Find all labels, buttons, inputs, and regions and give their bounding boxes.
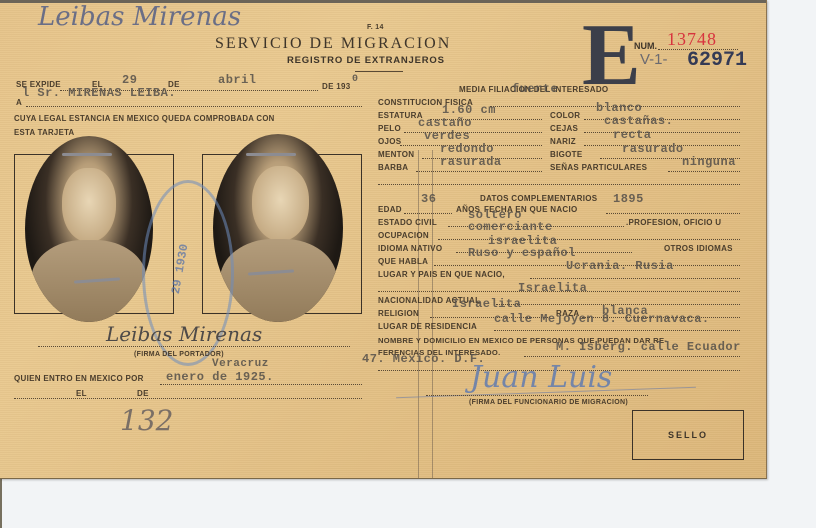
number-prefix: V-1- xyxy=(640,51,668,68)
referencias-line xyxy=(524,356,740,357)
portrait-head xyxy=(252,166,309,241)
label-profesion: .PROFESION, OFICIO U xyxy=(626,218,721,227)
holder-signature-line xyxy=(38,346,350,347)
label-estado-civil: ESTADO CIVIL xyxy=(378,218,437,227)
senas-value: ninguna xyxy=(682,155,736,169)
photo-clip-top-profile xyxy=(246,153,296,156)
label-year: DE 193 xyxy=(322,82,350,91)
document-subtitle: REGISTRO DE EXTRANJEROS xyxy=(287,55,445,66)
label-nariz: NARIZ xyxy=(550,137,576,146)
label-pelo: PELO xyxy=(378,124,401,133)
label-religion: RELIGION xyxy=(378,309,419,318)
migration-registration-card: Leibas Mirenas F. 14 SERVICIO DE MIGRACI… xyxy=(0,0,767,479)
bigote-value: rasurado xyxy=(622,142,684,156)
constitucion-value: fuerte xyxy=(512,82,558,96)
residencia-line xyxy=(494,330,740,331)
statement-line-2: ESTA TARJETA xyxy=(14,128,75,137)
handwritten-name-top: Leibas Mirenas xyxy=(38,2,241,32)
entry-port: Veracruz xyxy=(212,358,269,370)
referencias-value-a: M. Isberg. calle Ecuador xyxy=(556,340,741,354)
label-idioma-nativo: IDIOMA NATIVO xyxy=(378,244,442,253)
portrait-head xyxy=(62,168,116,242)
recipient-line xyxy=(26,106,362,107)
label-edad: EDAD xyxy=(378,205,402,214)
senas-line xyxy=(668,171,740,172)
recipient-name: l Sr. MIRENAS LEIBA. xyxy=(22,86,176,100)
statement-line-1: CUYA LEGAL ESTANCIA EN MEXICO QUEDA COMP… xyxy=(14,114,275,123)
lugar-nacio-value: Ucrania. Rusia xyxy=(566,259,674,273)
photo-clip-top-front xyxy=(62,153,112,156)
profesion-value: comerciante xyxy=(468,220,553,234)
pencil-note: 132 xyxy=(120,404,173,437)
label-quien-entro: QUIEN ENTRO EN MEXICO POR xyxy=(14,374,144,383)
title-rule xyxy=(355,71,403,72)
label-cejas: CEJAS xyxy=(550,124,578,133)
sello-box: SELLO xyxy=(632,410,744,460)
registration-number-red: 13748 xyxy=(667,29,717,50)
color-value: blanco xyxy=(596,101,642,115)
otros-idiomas-value: Ruso y español xyxy=(468,246,576,260)
label-que-habla: QUE HABLA xyxy=(378,257,428,266)
entry-label-de: DE xyxy=(137,389,149,398)
label-senas: SEÑAS PARTICULARES xyxy=(550,163,647,172)
edad-line xyxy=(404,213,452,214)
label-bigote: BIGOTE xyxy=(550,150,582,159)
lugar-nacio-line xyxy=(530,278,740,279)
entry-label-el: EL xyxy=(76,389,87,398)
holder-signature: Leibas Mirenas xyxy=(106,322,262,346)
document-title: SERVICIO DE MIGRACION xyxy=(215,35,451,53)
edad-value: 36 xyxy=(421,192,436,206)
ocupacion-line xyxy=(438,239,740,240)
sello-label: SELLO xyxy=(668,430,708,440)
issue-year-digit: 0 xyxy=(352,74,359,85)
entry-line xyxy=(160,384,362,385)
label-menton: MENTON xyxy=(378,150,414,159)
label-residencia: LUGAR DE RESIDENCIA xyxy=(378,322,477,331)
label-estatura: ESTATURA xyxy=(378,111,423,120)
registration-number-stamped: 62971 xyxy=(687,49,747,72)
barba-value: rasurada xyxy=(440,155,502,169)
cejas-value: castañas. xyxy=(604,114,673,128)
referencias-value-b: 47. Mexico. D.F. xyxy=(362,352,485,366)
official-signature-caption: (FIRMA DEL FUNCIONARIO DE MIGRACION) xyxy=(469,399,628,406)
barba-line xyxy=(416,171,542,172)
estatura-value: 1.60 cm xyxy=(442,103,496,117)
label-barba: BARBA xyxy=(378,163,408,172)
form-number: F. 14 xyxy=(367,24,384,31)
entry-date: enero de 1925. xyxy=(166,370,274,384)
datos-heading: DATOS COMPLEMENTARIOS xyxy=(480,194,597,203)
portrait-suit xyxy=(220,239,337,322)
separator-line xyxy=(378,184,740,185)
residencia-value: calle Mejoyen 8. Cuernavaca. xyxy=(494,312,710,326)
ojos-value: verdes xyxy=(424,129,470,143)
photo-front xyxy=(25,136,153,322)
menton-value: redondo xyxy=(440,142,494,156)
label-lugar-nacio: LUGAR Y PAIS EN QUE NACIO, xyxy=(378,270,505,279)
cejas-line xyxy=(584,132,740,133)
num-label: NUM. xyxy=(634,41,657,51)
religion-value: Israelita xyxy=(452,297,521,311)
nacionalidad-value: Israelita xyxy=(518,281,587,295)
entry-date-line xyxy=(14,398,362,399)
official-signature-line xyxy=(426,395,648,396)
issue-month: abril xyxy=(218,73,257,87)
nariz-value: recta xyxy=(613,128,652,142)
label-ojos: OJOS xyxy=(378,137,401,146)
label-otros-idiomas: OTROS IDIOMAS xyxy=(664,244,733,253)
pelo-value: castaño xyxy=(418,116,472,130)
fecha-nacio-value: 1895 xyxy=(613,192,644,206)
fecha-nacio-line xyxy=(606,213,740,214)
holder-signature-caption: (FIRMA DEL PORTADOR) xyxy=(134,351,224,358)
label-color: COLOR xyxy=(550,111,580,120)
label-ocupacion: OCUPACION xyxy=(378,231,429,240)
issue-day: 29 xyxy=(122,73,137,87)
